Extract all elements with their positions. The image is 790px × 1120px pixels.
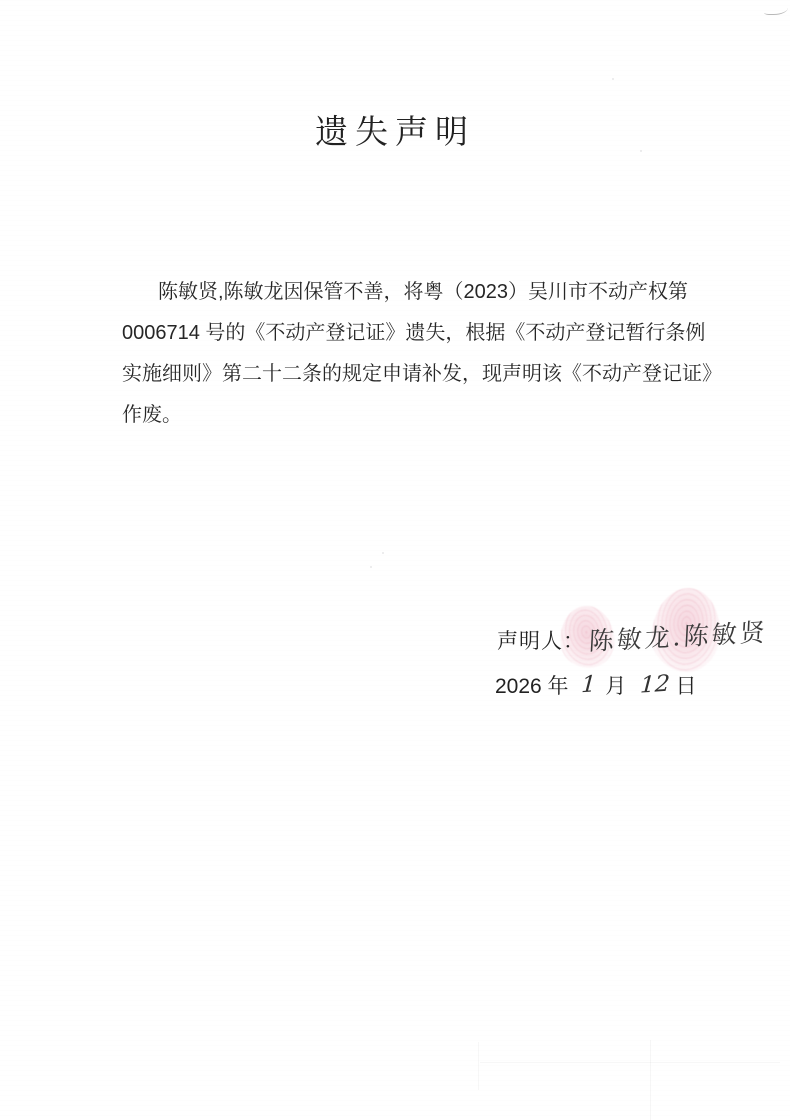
date-day-label: 日 [675, 670, 696, 700]
declaration-paragraph: 陈敏贤,陈敏龙因保管不善，将粤（2023）吴川市不动产权第 0006714 号的… [122, 272, 674, 436]
scan-artifact-speckle [382, 552, 384, 554]
scan-artifact-corner-mark [764, 3, 788, 15]
scan-artifact-speckle [612, 78, 614, 80]
scan-artifact-vertical-line-1 [650, 1040, 651, 1120]
declarant-label: 声明人： [497, 625, 585, 655]
handwritten-day-value: 12 [622, 670, 679, 699]
paragraph-line-2: 0006714 号的《不动产登记证》遗失，根据《不动产登记暂行条例 [122, 313, 674, 354]
paragraph-line-3: 实施细则》第二十二条的规定申请补发，现声明该《不动产登记证》 [122, 354, 674, 395]
declarant-signature-row: 声明人： 陈敏龙.陈敏贤 [497, 620, 768, 660]
scanned-document-page: 遗失声明 陈敏贤,陈敏龙因保管不善，将粤（2023）吴川市不动产权第 00067… [0, 0, 790, 1120]
scan-artifact-horizontal-line [480, 1062, 780, 1063]
handwritten-month-value: 1 [565, 671, 609, 699]
scan-artifact-speckle [370, 566, 372, 568]
handwritten-signature-names: 陈敏龙.陈敏贤 [588, 613, 769, 659]
paragraph-line-1: 陈敏贤,陈敏龙因保管不善，将粤（2023）吴川市不动产权第 [122, 272, 674, 313]
date-year-label: 2026 年 [495, 670, 569, 700]
document-title: 遗失声明 [0, 106, 790, 153]
paragraph-line-4: 作废。 [122, 395, 674, 436]
declaration-date-row: 2026 年 1 月 12 日 [495, 668, 696, 702]
scan-artifact-vertical-line-2 [478, 1042, 479, 1090]
